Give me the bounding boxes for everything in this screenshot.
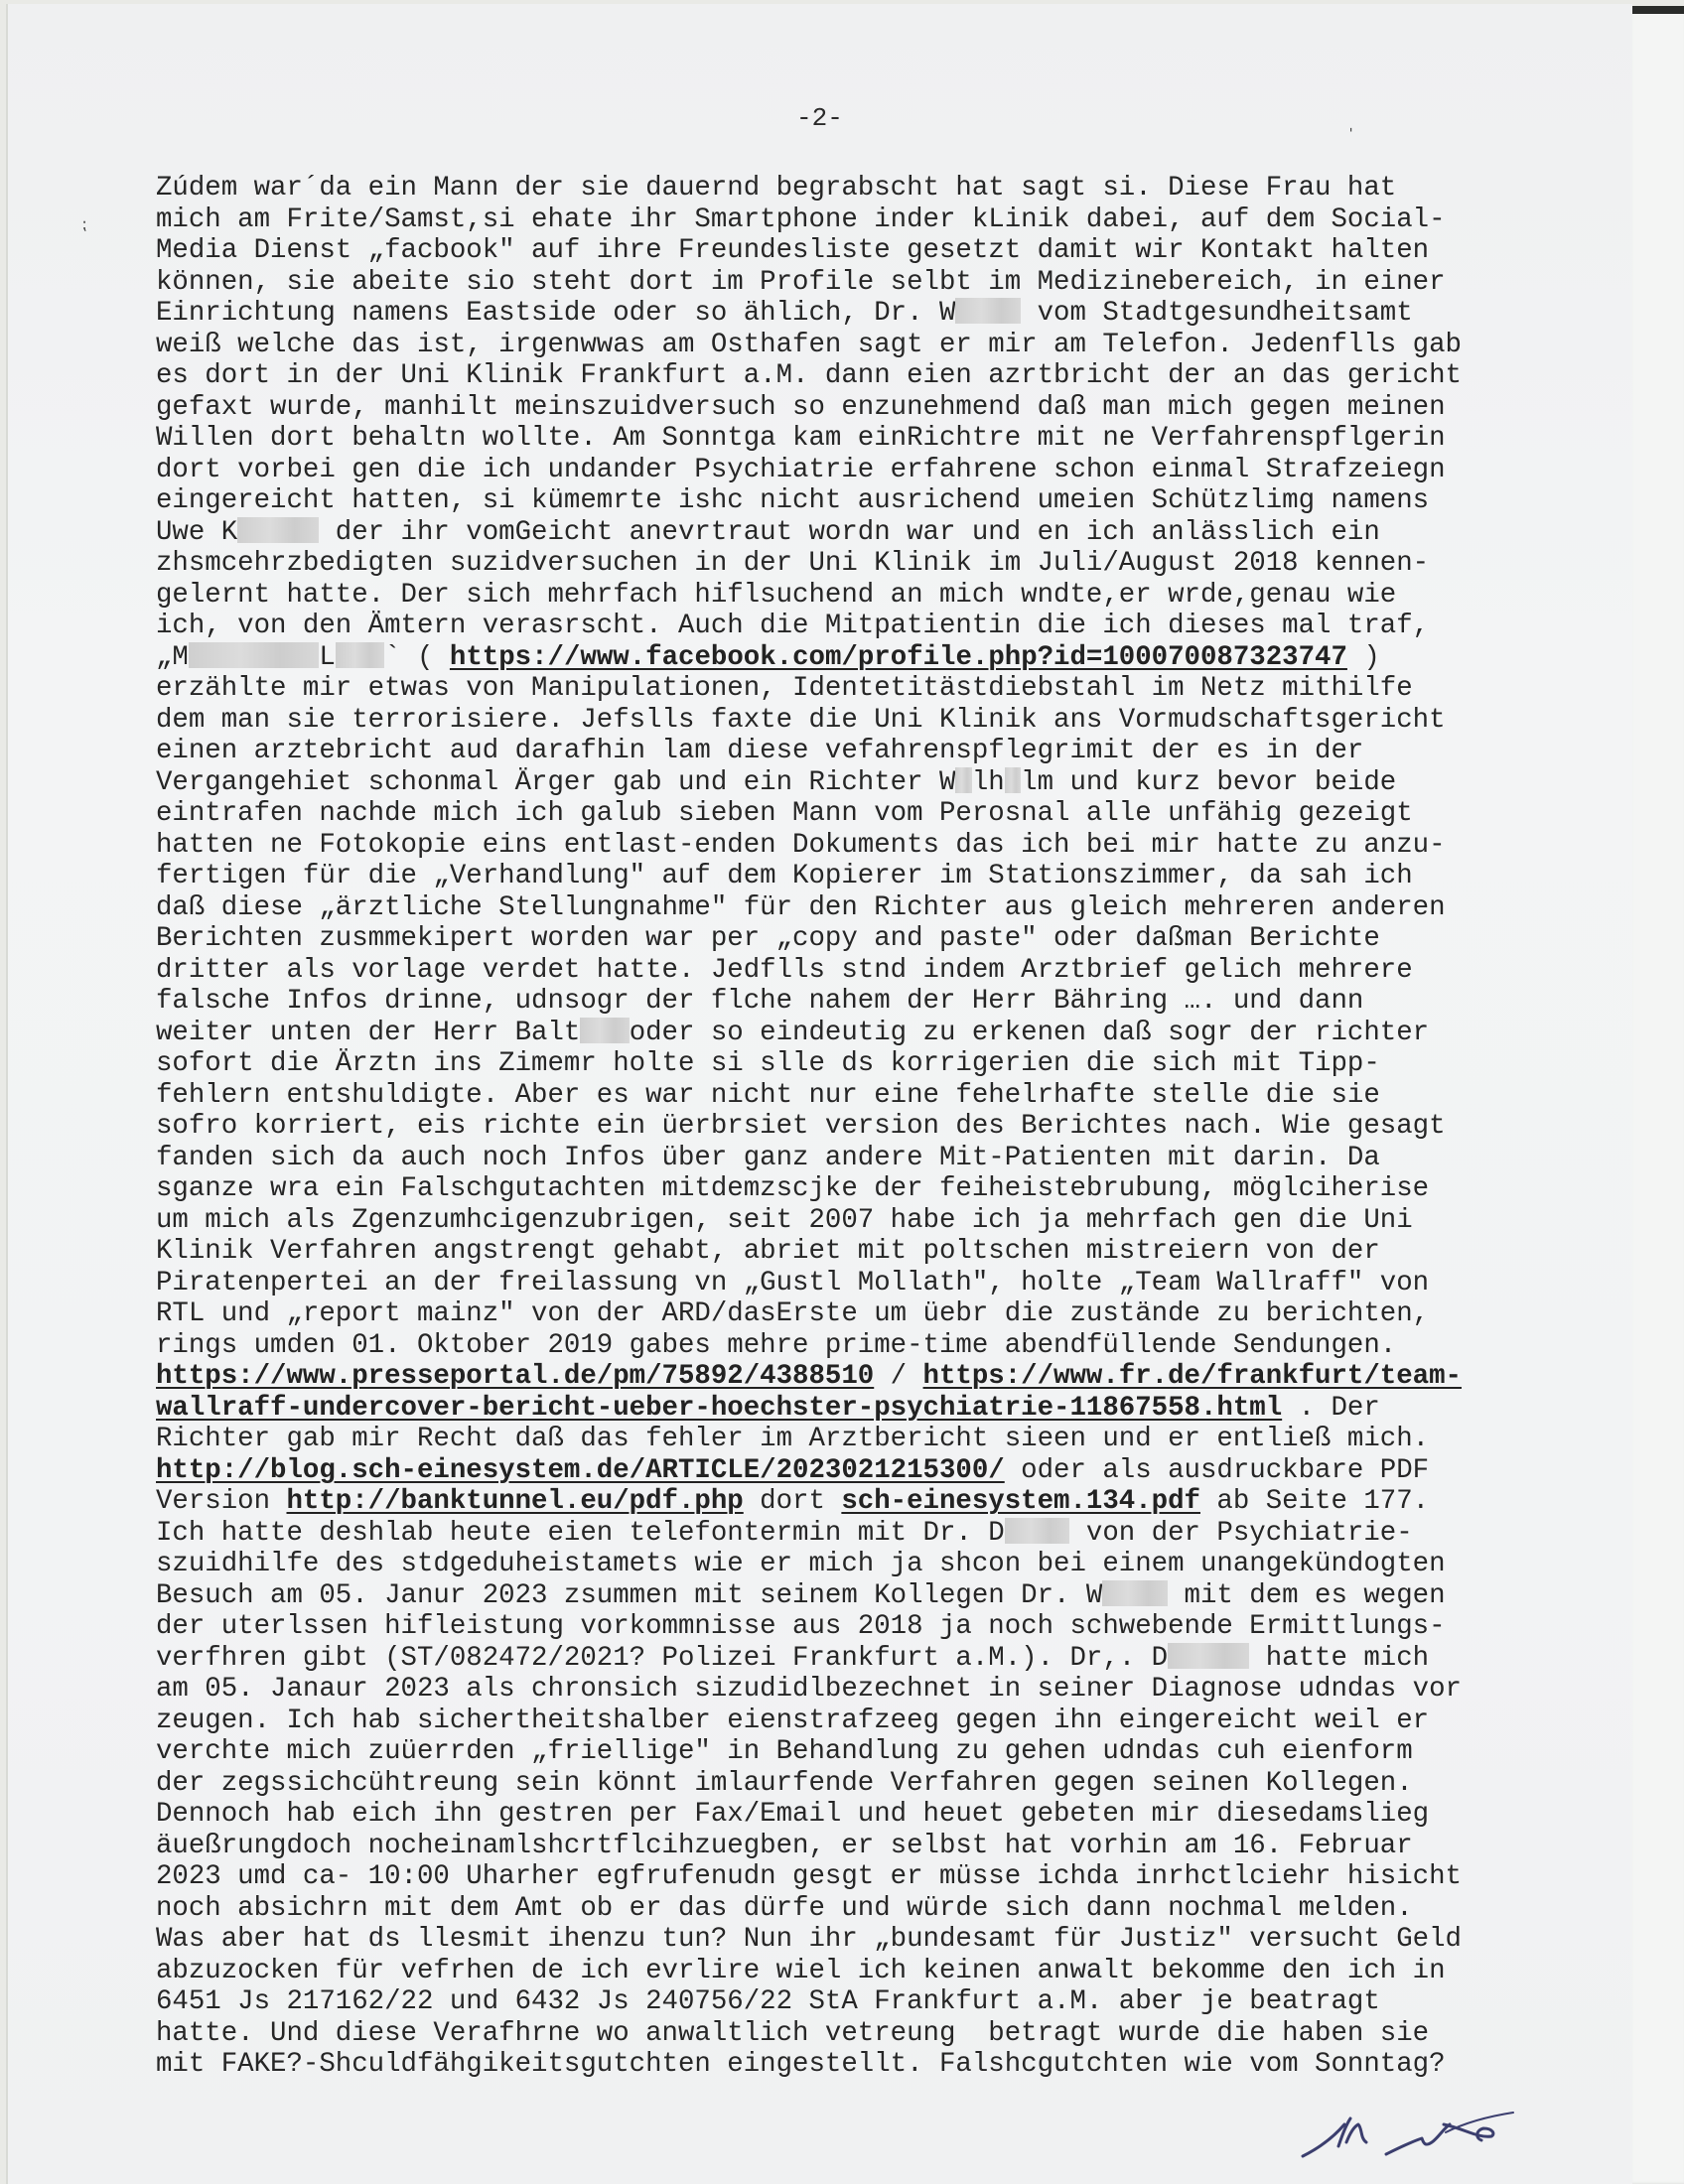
text-line: Zúdem war´da ein Mann der sie dauernd be… <box>156 173 1625 205</box>
text-line: RTL und „report mainz" von der ARD/dasEr… <box>156 1298 1625 1330</box>
text-segment: fanden sich da auch noch Infos über ganz… <box>156 1143 1380 1173</box>
text-segment: können, sie abeite sio steht dort im Pro… <box>156 267 1446 298</box>
hyperlink[interactable]: http://blog.sch-einesystem.de/ARTICLE/20… <box>156 1455 1005 1486</box>
text-line: wallraff-undercover-bericht-ueber-hoechs… <box>156 1393 1625 1425</box>
scan-mark: ⁏ <box>81 214 86 234</box>
text-line: Piratenpertei an der freilassung vn „Gus… <box>156 1268 1625 1299</box>
text-line: weiter unten der Herr Baltoder so eindeu… <box>156 1018 1625 1049</box>
redacted-name <box>1168 1643 1249 1669</box>
text-segment: weiß welche das ist, irgenwwas am Osthaf… <box>156 330 1462 360</box>
text-line: Uwe K der ihr vomGeicht anevrtraut wordn… <box>156 517 1625 549</box>
text-line: sofort die Ärztn ins Zimemr holte si sll… <box>156 1048 1625 1080</box>
text-line: https://www.presseportal.de/pm/75892/438… <box>156 1361 1625 1393</box>
hyperlink[interactable]: https://www.facebook.com/profile.php?id=… <box>450 642 1347 673</box>
text-segment: eintrafen nachde mich ich galub sieben M… <box>156 798 1413 829</box>
text-line: fanden sich da auch noch Infos über ganz… <box>156 1143 1625 1174</box>
text-line: mit FAKE?-Shculdfähgikeitsgutchten einge… <box>156 2049 1625 2081</box>
text-segment: hatte. Und diese Verafhrne wo anwaltlich… <box>156 2018 1429 2049</box>
text-line: fertigen für die „Verhandlung" auf dem K… <box>156 861 1625 892</box>
text-segment: von der Psychiatrie- <box>1069 1518 1412 1549</box>
text-line: um mich als Zgenzumhcigenzubrigen, seit … <box>156 1205 1625 1237</box>
text-line: ich, von den Ämtern verasrscht. Auch die… <box>156 611 1625 642</box>
text-segment: daß diese „ärztliche Stellungnahme" für … <box>156 892 1446 923</box>
text-segment: dort vorbei gen die ich undander Psychia… <box>156 455 1446 485</box>
text-segment: erzählte mir etwas von Manipulationen, I… <box>156 673 1413 704</box>
letter-body: Zúdem war´da ein Mann der sie dauernd be… <box>156 173 1625 2081</box>
text-line: zhsmcehrzbedigten suzidversuchen in der … <box>156 548 1625 580</box>
text-segment: verfhren gibt (ST/082472/2021? Polizei F… <box>156 1643 1168 1674</box>
text-line: Einrichtung namens Eastside oder so ähli… <box>156 298 1625 330</box>
text-line: der zegssichcühtreung sein könnt imlaurf… <box>156 1768 1625 1800</box>
redacted-name <box>1102 1580 1168 1606</box>
text-segment: verchte mich zuüerrden „friellige" in Be… <box>156 1736 1413 1767</box>
text-segment: abzuzocken für vefrhen de ich evrlire wi… <box>156 1956 1446 1986</box>
text-segment: L <box>319 642 335 673</box>
text-segment: sofort die Ärztn ins Zimemr holte si sll… <box>156 1048 1380 1079</box>
text-line: es dort in der Uni Klinik Frankfurt a.M.… <box>156 360 1625 392</box>
hyperlink[interactable]: https://www.presseportal.de/pm/75892/438… <box>156 1361 874 1392</box>
text-segment: dort <box>744 1486 842 1517</box>
text-line: sganze wra ein Falschgutachten mitdemzsc… <box>156 1173 1625 1205</box>
text-line: mich am Frite/Samst,si ehate ihr Smartph… <box>156 205 1625 236</box>
text-segment: hatten ne Fotokopie eins entlast-enden D… <box>156 830 1446 861</box>
redacted-name <box>336 642 384 668</box>
text-segment: gelernt hatte. Der sich mehrfach hiflsuc… <box>156 580 1396 611</box>
text-line: „ML` ( https://www.facebook.com/profile.… <box>156 642 1625 674</box>
scan-speck: ˌ <box>1344 109 1357 134</box>
text-segment: ab Seite 177. <box>1200 1486 1429 1517</box>
text-line: gelernt hatte. Der sich mehrfach hiflsuc… <box>156 580 1625 612</box>
text-segment: fertigen für die „Verhandlung" auf dem K… <box>156 861 1413 891</box>
text-segment: mich am Frite/Samst,si ehate ihr Smartph… <box>156 205 1446 235</box>
text-segment: mit FAKE?-Shculdfähgikeitsgutchten einge… <box>156 2049 1446 2080</box>
text-line: 2023 umd ca- 10:00 Uharher egfrufenudn g… <box>156 1861 1625 1893</box>
back-sheet-edge <box>1628 6 1684 2184</box>
text-line: gefaxt wurde, manhilt meinszuidversuch s… <box>156 392 1625 424</box>
text-line: abzuzocken für vefrhen de ich evrlire wi… <box>156 1956 1625 1987</box>
text-segment: Einrichtung namens Eastside oder so ähli… <box>156 298 955 329</box>
redacted-name <box>1005 1518 1070 1544</box>
text-segment: hatte mich <box>1249 1643 1429 1674</box>
text-segment: Besuch am 05. Janur 2023 zsummen mit sei… <box>156 1580 1102 1611</box>
text-segment: zeugen. Ich hab sichertheitshalber eiens… <box>156 1706 1429 1736</box>
text-segment: Version <box>156 1486 287 1517</box>
text-line: zeugen. Ich hab sichertheitshalber eiens… <box>156 1706 1625 1737</box>
text-segment: der uterlssen hifleistung vorkommnisse a… <box>156 1611 1446 1642</box>
text-segment: Media Dienst „facbook" auf ihre Freundes… <box>156 235 1429 266</box>
text-segment: der ihr vomGeicht anevrtraut wordn war u… <box>319 517 1379 548</box>
back-sheet-dark-strip <box>1631 6 1684 14</box>
text-segment: ` ( <box>384 642 450 673</box>
text-segment: lm und kurz bevor beide <box>1021 767 1396 798</box>
text-segment: es dort in der Uni Klinik Frankfurt a.M.… <box>156 360 1462 391</box>
text-segment: der zegssichcühtreung sein könnt imlaurf… <box>156 1768 1413 1799</box>
redacted-name <box>955 298 1021 324</box>
text-segment: . Der <box>1282 1393 1380 1424</box>
text-segment: oder als ausdruckbare PDF <box>1005 1455 1429 1486</box>
text-segment: fehlern entshuldigte. Aber es war nicht … <box>156 1080 1380 1111</box>
text-segment: vom Stadtgesundheitsamt <box>1021 298 1413 329</box>
text-segment: Klinik Verfahren angstrengt gehabt, abri… <box>156 1236 1380 1267</box>
text-line: erzählte mir etwas von Manipulationen, I… <box>156 673 1625 705</box>
text-segment: ich, von den Ämtern verasrscht. Auch die… <box>156 611 1429 641</box>
text-line: Klinik Verfahren angstrengt gehabt, abri… <box>156 1236 1625 1268</box>
text-segment: zhsmcehrzbedigten suzidversuchen in der … <box>156 548 1429 579</box>
text-line: Willen dort behaltn wollte. Am Sonntga k… <box>156 423 1625 455</box>
text-segment: Richter gab mir Recht daß das fehler im … <box>156 1424 1429 1454</box>
text-line: 6451 Js 217162/22 und 6432 Js 240756/22 … <box>156 1986 1625 2018</box>
text-segment: RTL und „report mainz" von der ARD/dasEr… <box>156 1298 1429 1329</box>
text-line: http://blog.sch-einesystem.de/ARTICLE/20… <box>156 1455 1625 1487</box>
text-segment: Zúdem war´da ein Mann der sie dauernd be… <box>156 173 1396 204</box>
text-line: eintrafen nachde mich ich galub sieben M… <box>156 798 1625 830</box>
page-number: -2- <box>796 103 843 133</box>
text-segment: Uwe K <box>156 517 237 548</box>
text-line: sofro korriert, eis richte ein üerbrsiet… <box>156 1111 1625 1143</box>
text-segment: lh <box>972 767 1005 798</box>
text-line: weiß welche das ist, irgenwwas am Osthaf… <box>156 330 1625 361</box>
text-segment: dem man sie terrorisiere. Jefslls faxte … <box>156 705 1446 736</box>
text-line: szuidhilfe des stdgeduheistamets wie er … <box>156 1549 1625 1580</box>
text-segment: „M <box>156 642 189 673</box>
text-segment: / <box>874 1361 922 1392</box>
text-segment: Berichten zusmmekipert worden war per „c… <box>156 923 1380 954</box>
text-segment: 6451 Js 217162/22 und 6432 Js 240756/22 … <box>156 1986 1380 2017</box>
text-segment: Vergangehiet schonmal Ärger gab und ein … <box>156 767 955 798</box>
text-segment: oder so eindeutig zu erkenen daß sogr de… <box>630 1018 1429 1048</box>
text-segment: einen arztebricht aud darafhin lam diese… <box>156 736 1363 766</box>
text-line: einen arztebricht aud darafhin lam diese… <box>156 736 1625 767</box>
text-segment: um mich als Zgenzumhcigenzubrigen, seit … <box>156 1205 1413 1236</box>
redacted-name <box>189 642 320 668</box>
text-segment: weiter unten der Herr Balt <box>156 1018 580 1048</box>
text-segment: ) <box>1347 642 1380 673</box>
text-line: der uterlssen hifleistung vorkommnisse a… <box>156 1611 1625 1643</box>
text-segment: falsche Infos drinne, udnsogr der flche … <box>156 986 1363 1017</box>
redacted-name <box>580 1018 629 1043</box>
text-line: falsche Infos drinne, udnsogr der flche … <box>156 986 1625 1018</box>
text-line: hatte. Und diese Verafhrne wo anwaltlich… <box>156 2018 1625 2050</box>
text-segment: rings umden 01. Oktober 2019 gabes mehre… <box>156 1330 1396 1361</box>
text-segment: szuidhilfe des stdgeduheistamets wie er … <box>156 1549 1446 1579</box>
text-segment: sganze wra ein Falschgutachten mitdemzsc… <box>156 1173 1429 1204</box>
text-segment: Was aber hat ds llesmit ihenzu tun? Nun … <box>156 1924 1462 1955</box>
text-line: Berichten zusmmekipert worden war per „c… <box>156 923 1625 955</box>
text-line: Was aber hat ds llesmit ihenzu tun? Nun … <box>156 1924 1625 1956</box>
document-page: -2- ˌ ⁏ Zúdem war´da ein Mann der sie da… <box>6 4 1632 2184</box>
hyperlink[interactable]: sch-einesystem.134.pdf <box>841 1486 1200 1517</box>
text-line: noch absichrn mit dem Amt ob er das dürf… <box>156 1893 1625 1925</box>
text-segment: am 05. Janaur 2023 als chronsich sizudid… <box>156 1674 1462 1705</box>
text-line: eingereicht hatten, si kümemrte ishc nic… <box>156 485 1625 517</box>
text-segment: gefaxt wurde, manhilt meinszuidversuch s… <box>156 392 1446 423</box>
text-line: Ich hatte deshlab heute eien telefonterm… <box>156 1518 1625 1550</box>
text-segment: Piratenpertei an der freilassung vn „Gus… <box>156 1268 1429 1298</box>
text-line: Dennoch hab eich ihn gestren per Fax/Ema… <box>156 1799 1625 1831</box>
text-segment: Ich hatte deshlab heute eien telefonterm… <box>156 1518 1005 1549</box>
text-line: hatten ne Fotokopie eins entlast-enden D… <box>156 830 1625 862</box>
text-segment: dritter als vorlage verdet hatte. Jedfll… <box>156 955 1413 986</box>
text-segment: mit dem es wegen <box>1168 1580 1445 1611</box>
text-line: fehlern entshuldigte. Aber es war nicht … <box>156 1080 1625 1112</box>
text-line: dritter als vorlage verdet hatte. Jedfll… <box>156 955 1625 987</box>
text-segment: noch absichrn mit dem Amt ob er das dürf… <box>156 1893 1413 1924</box>
text-line: verfhren gibt (ST/082472/2021? Polizei F… <box>156 1643 1625 1675</box>
redacted-name <box>1005 767 1021 793</box>
redacted-name <box>237 517 319 543</box>
text-line: dort vorbei gen die ich undander Psychia… <box>156 455 1625 486</box>
handwritten-signature <box>1289 2099 1517 2168</box>
text-line: Media Dienst „facbook" auf ihre Freundes… <box>156 235 1625 267</box>
redacted-name <box>955 767 971 793</box>
text-segment: Dennoch hab eich ihn gestren per Fax/Ema… <box>156 1799 1429 1830</box>
text-segment: eingereicht hatten, si kümemrte ishc nic… <box>156 485 1429 516</box>
hyperlink[interactable]: https://www.fr.de/frankfurt/team- <box>923 1361 1462 1392</box>
text-line: Vergangehiet schonmal Ärger gab und ein … <box>156 767 1625 799</box>
text-line: Version http://banktunnel.eu/pdf.php dor… <box>156 1486 1625 1518</box>
text-line: daß diese „ärztliche Stellungnahme" für … <box>156 892 1625 924</box>
text-line: am 05. Janaur 2023 als chronsich sizudid… <box>156 1674 1625 1706</box>
text-line: rings umden 01. Oktober 2019 gabes mehre… <box>156 1330 1625 1362</box>
text-line: Richter gab mir Recht daß das fehler im … <box>156 1424 1625 1455</box>
text-line: können, sie abeite sio steht dort im Pro… <box>156 267 1625 299</box>
text-segment: sofro korriert, eis richte ein üerbrsiet… <box>156 1111 1446 1142</box>
text-line: äueßrungdoch nocheinamlshcrtflcihzuegben… <box>156 1831 1625 1862</box>
text-segment: Willen dort behaltn wollte. Am Sonntga k… <box>156 423 1446 454</box>
hyperlink[interactable]: wallraff-undercover-bericht-ueber-hoechs… <box>156 1393 1282 1424</box>
text-segment: 2023 umd ca- 10:00 Uharher egfrufenudn g… <box>156 1861 1462 1892</box>
text-line: dem man sie terrorisiere. Jefslls faxte … <box>156 705 1625 737</box>
text-line: Besuch am 05. Janur 2023 zsummen mit sei… <box>156 1580 1625 1612</box>
text-line: verchte mich zuüerrden „friellige" in Be… <box>156 1736 1625 1768</box>
text-segment: äueßrungdoch nocheinamlshcrtflcihzuegben… <box>156 1831 1413 1861</box>
hyperlink[interactable]: http://banktunnel.eu/pdf.php <box>287 1486 744 1517</box>
